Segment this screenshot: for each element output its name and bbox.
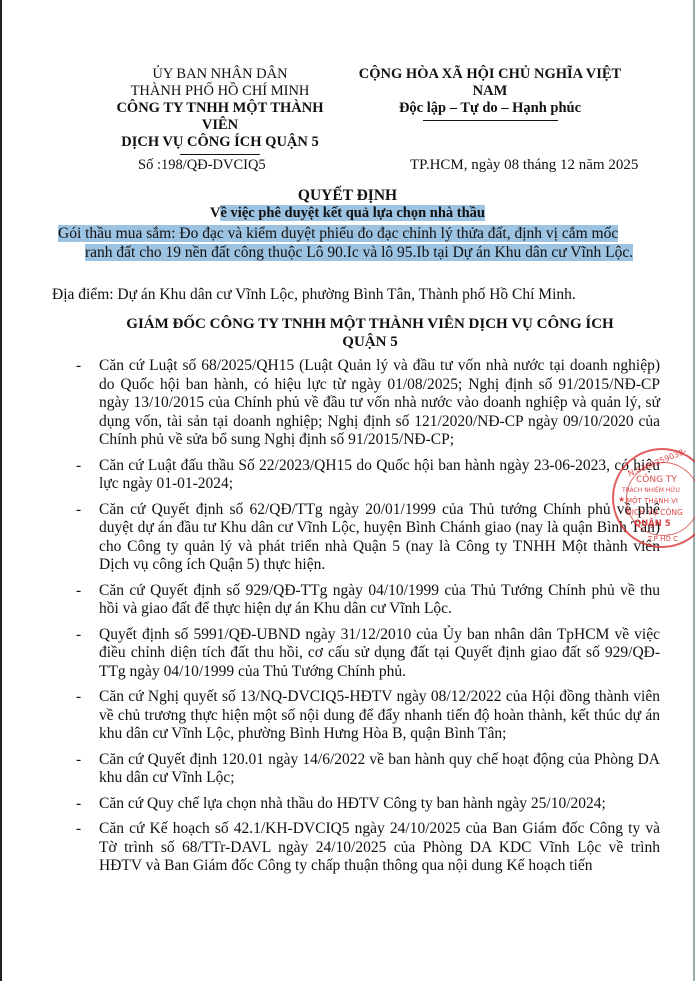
director-heading: GIÁM ĐỐC CÔNG TY TNHH MỘT THÀNH VIÊN DỊC… [60,315,680,351]
bid-package-line-1[interactable]: Gói thầu mua sắm: Đo đạc và kiểm duyệt p… [58,225,618,242]
seal-line-5: QUẬN 5 [634,519,671,529]
issuer-line-4: DỊCH VỤ CÔNG ÍCH QUẬN 5 [100,134,340,151]
legal-bases-list: -Căn cứ Luật số 68/2025/QH15 (Luật Quản … [70,357,660,883]
bullet-dash: - [76,626,81,645]
legal-basis-text: Căn cứ Quyết định số 929/QĐ-TTg ngày 04/… [99,582,660,618]
legal-basis-text: Căn cứ Nghị quyết số 13/NQ-DVCIQ5-HĐTV n… [99,688,660,742]
motto-underline [423,120,558,121]
legal-basis-text: Căn cứ Luật số 68/2025/QH15 (Luật Quản l… [99,357,660,448]
bullet-dash: - [76,457,81,476]
subtitle-highlighted[interactable]: ề việc phê duyệt kết quả lựa chọn nhà th… [220,205,485,221]
director-line-2: QUẬN 5 [60,333,680,351]
legal-basis-text: Căn cứ Kế hoạch số 42.1/KH-DVCIQ5 ngày 2… [99,820,660,874]
document-subtitle: Về việc phê duyệt kết quả lựa chọn nhà t… [0,205,695,222]
legal-basis-item: -Quyết định số 5991/QĐ-UBND ngày 31/12/2… [70,626,660,682]
bullet-dash: - [76,357,81,376]
legal-basis-item: -Căn cứ Luật đấu thầu Số 22/2023/QH15 do… [70,457,660,494]
director-line-1: GIÁM ĐỐC CÔNG TY TNHH MỘT THÀNH VIÊN DỊC… [60,315,680,333]
bullet-dash: - [76,688,81,707]
issuer-line-3: CÔNG TY TNHH MỘT THÀNH VIÊN [100,100,340,134]
document-date: TP.HCM, ngày 08 tháng 12 năm 2025 [410,157,638,174]
seal-line-1: CÔNG TY [636,475,677,485]
bullet-dash: - [76,501,81,520]
subtitle-prefix: V [210,205,220,221]
national-title: CỘNG HÒA XÃ HỘI CHỦ NGHĨA VIỆT NAM [345,66,635,100]
issuer-line-1: ỦY BAN NHÂN DÂN [100,66,340,83]
issuer-line-2: THÀNH PHỐ HỒ CHÍ MINH [100,83,340,100]
national-header: CỘNG HÒA XÃ HỘI CHỦ NGHĨA VIỆT NAM Độc l… [345,66,635,121]
legal-basis-text: Căn cứ Luật đấu thầu Số 22/2023/QH15 do … [99,457,660,493]
seal-line-4: DỊCH VỤ CÔNG [626,508,683,517]
document-number: Số :198/QĐ-DVCIQ5 [138,157,266,174]
bullet-dash: - [76,582,81,601]
legal-basis-item: -Căn cứ Kế hoạch số 42.1/KH-DVCIQ5 ngày … [70,820,660,876]
bid-package-rest[interactable]: ranh đất cho 19 nền đất công thuộc Lô 90… [85,244,633,261]
legal-basis-item: -Căn cứ Quyết định số 62/QĐ/TTg ngày 20/… [70,501,660,575]
seal-star-icon: ★ [618,495,625,504]
scan-left-edge [0,0,2,981]
legal-basis-text: Căn cứ Quyết định số 62/QĐ/TTg ngày 20/0… [99,501,660,574]
seal-line-6: T.P HỒ C [648,535,678,543]
national-motto: Độc lập – Tự do – Hạnh phúc [345,100,635,117]
legal-basis-item: -Căn cứ Quyết định 120.01 ngày 14/6/2022… [70,751,660,788]
legal-basis-text: Căn cứ Quyết định 120.01 ngày 14/6/2022 … [99,751,660,787]
project-location: Địa điểm: Dự án Khu dân cư Vĩnh Lộc, phư… [52,286,576,304]
legal-basis-text: Quyết định số 5991/QĐ-UBND ngày 31/12/20… [99,626,660,680]
legal-basis-text: Căn cứ Quy chế lựa chọn nhà thầu do HĐTV… [99,795,606,812]
bullet-dash: - [76,751,81,770]
document-page: ỦY BAN NHÂN DÂN THÀNH PHỐ HỒ CHÍ MINH CÔ… [0,0,695,981]
bid-package: Gói thầu mua sắm: Đo đạc và kiểm duyệt p… [58,224,692,262]
legal-basis-item: -Căn cứ Nghị quyết số 13/NQ-DVCIQ5-HĐTV … [70,688,660,744]
issuer-header: ỦY BAN NHÂN DÂN THÀNH PHỐ HỒ CHÍ MINH CÔ… [100,66,340,155]
bullet-dash: - [76,820,81,839]
issuer-underline [180,154,260,155]
seal-line-2: TRÁCH NHIỆM HỮU [622,487,680,494]
document-title: QUYẾT ĐỊNH [0,187,695,205]
seal-line-3: MỘT THÀNH VI [626,497,678,505]
bullet-dash: - [76,795,81,814]
legal-basis-item: -Căn cứ Quyết định số 929/QĐ-TTg ngày 04… [70,582,660,619]
legal-basis-item: -Căn cứ Luật số 68/2025/QH15 (Luật Quản … [70,357,660,450]
legal-basis-item: -Căn cứ Quy chế lựa chọn nhà thầu do HĐT… [70,795,660,814]
